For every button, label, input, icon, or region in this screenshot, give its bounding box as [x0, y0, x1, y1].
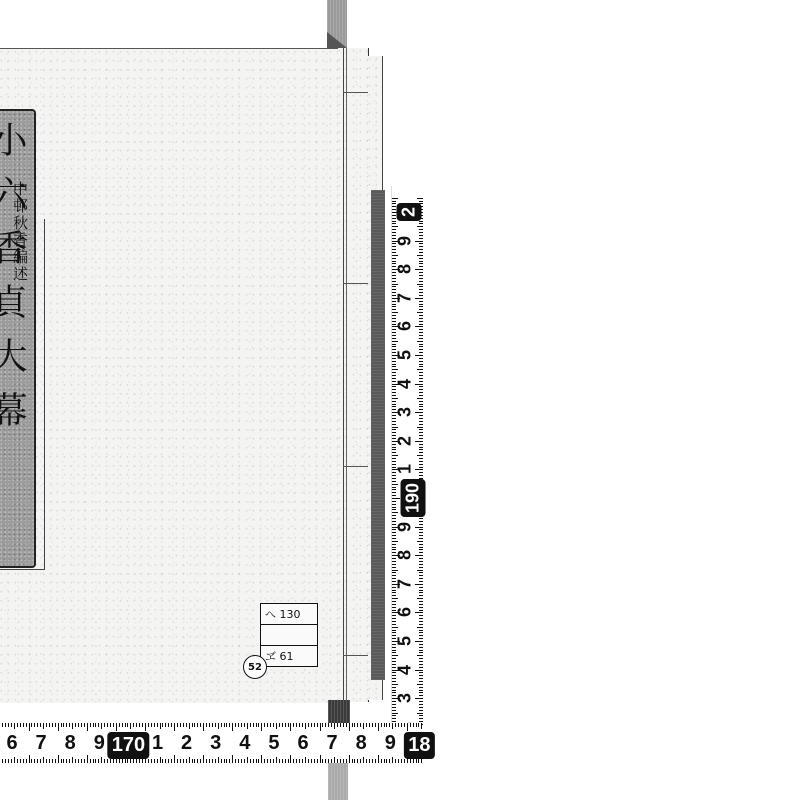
top-clip-holder	[327, 0, 347, 48]
ruler-label: 18	[404, 732, 434, 759]
ruler-label: 1	[152, 732, 163, 755]
title-slip-border	[0, 219, 45, 570]
ruler-label: 2	[397, 203, 422, 221]
label-row: へ 130	[261, 604, 317, 625]
ruler-label: 6	[297, 732, 308, 755]
bottom-clip-holder	[328, 760, 348, 800]
ruler-label: 2	[395, 436, 416, 446]
ruler-label: 4	[239, 732, 250, 755]
ruler-label: 8	[65, 732, 76, 755]
circular-stamp: 52	[243, 655, 267, 679]
ruler-label: 5	[268, 732, 279, 755]
ruler-label: 6	[395, 607, 416, 617]
ruler-label: 8	[395, 550, 416, 560]
horizontal-ruler: 678917012345678918	[0, 723, 422, 763]
spine-fold-line	[343, 48, 344, 702]
ruler-label: 7	[327, 732, 338, 755]
ruler-label: 190	[401, 479, 426, 517]
ruler-label: 170	[108, 732, 149, 759]
ruler-label: 3	[395, 693, 416, 703]
binding-stitch	[343, 655, 369, 656]
book-shadow	[371, 190, 385, 680]
spine-fold-line	[346, 48, 347, 702]
ruler-label: 8	[356, 732, 367, 755]
ruler-label: 7	[36, 732, 47, 755]
ruler-label: 4	[395, 665, 416, 675]
ruler-label: 5	[395, 636, 416, 646]
ruler-label: 9	[395, 522, 416, 532]
vertical-ruler: 298765432119098765432	[391, 186, 423, 726]
ruler-label: 3	[210, 732, 221, 755]
book-spine	[338, 48, 369, 702]
binding-stitch	[343, 283, 369, 284]
ruler-label: 4	[395, 379, 416, 389]
ruler-label: 2	[181, 732, 192, 755]
ruler-label: 9	[385, 732, 396, 755]
binding-stitch	[343, 92, 369, 93]
ruler-label: 9	[395, 236, 416, 246]
ruler-label: 6	[6, 732, 17, 755]
ruler-label: 3	[395, 407, 416, 417]
binding-stitch	[343, 466, 369, 467]
library-call-number-label: へ 130 ヹ 61	[260, 603, 318, 667]
label-row	[261, 625, 317, 646]
ruler-label: 7	[395, 293, 416, 303]
ruler-label: 1	[395, 464, 416, 474]
label-row: ヹ 61	[261, 646, 317, 666]
ruler-label: 7	[395, 579, 416, 589]
ruler-label: 8	[395, 264, 416, 274]
ruler-label: 5	[395, 350, 416, 360]
ruler-label: 9	[94, 732, 105, 755]
ruler-label: 6	[395, 321, 416, 331]
